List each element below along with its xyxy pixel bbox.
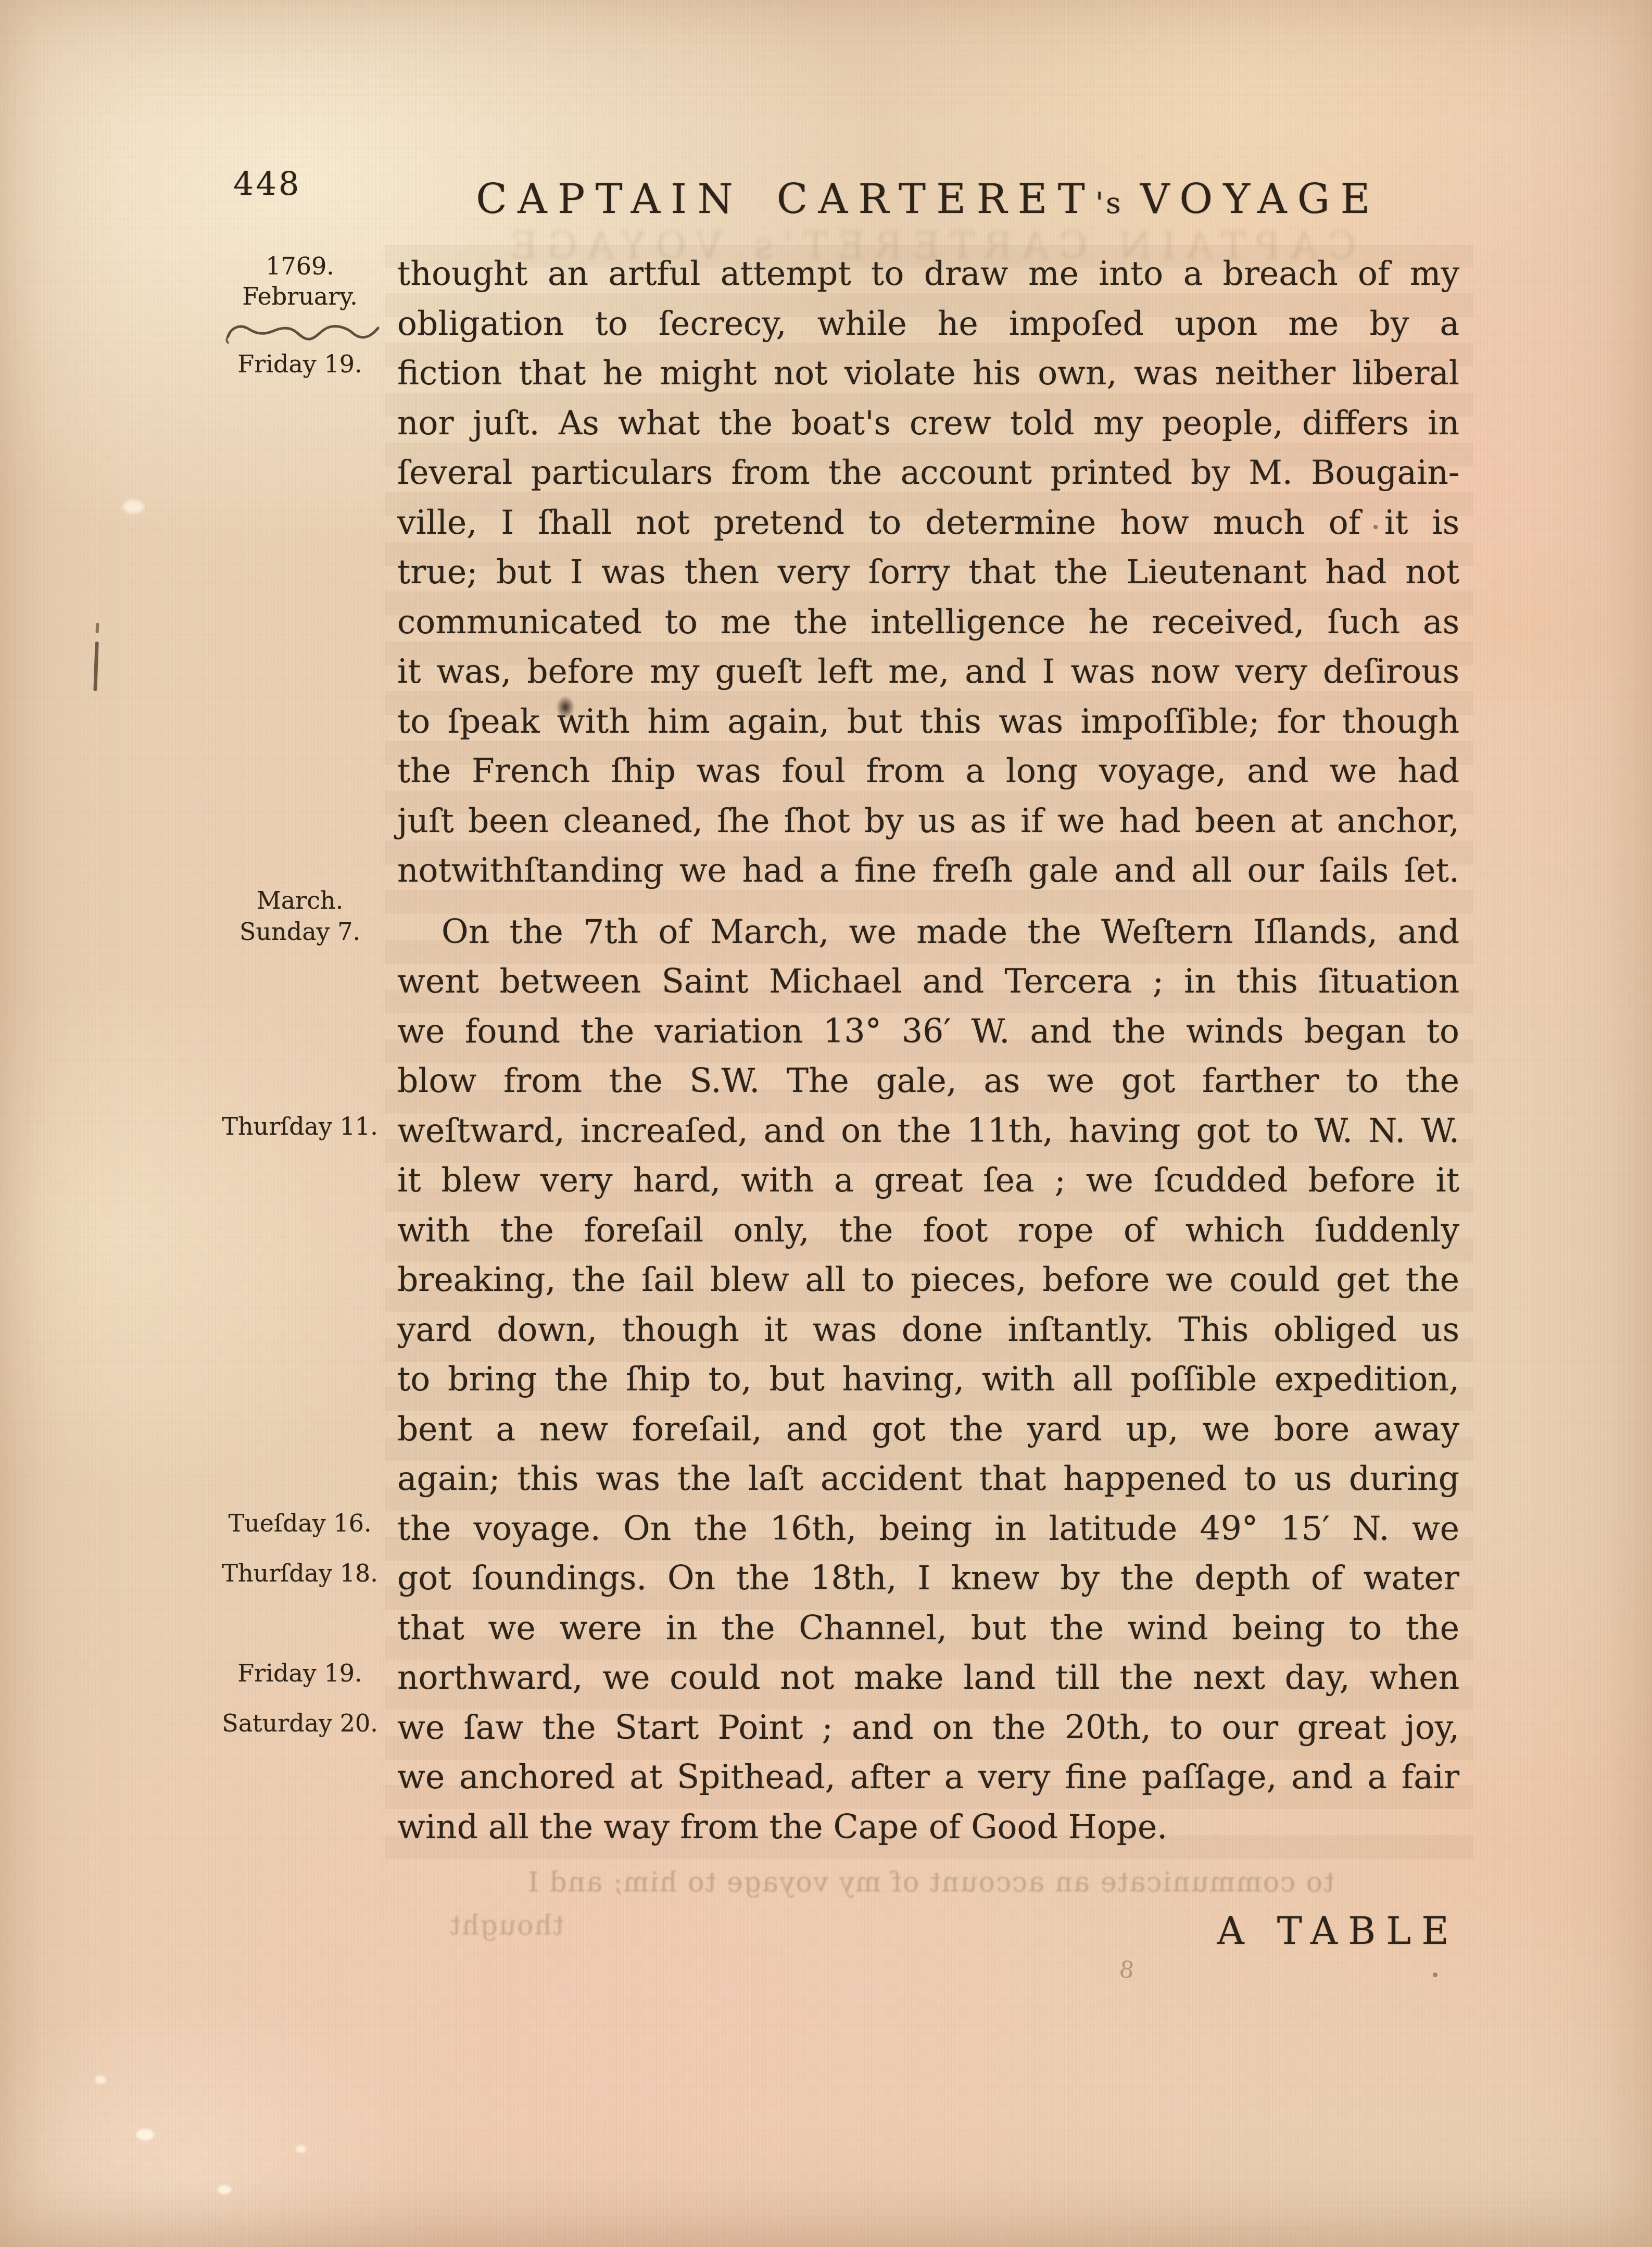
text-line: got ſoundings. On the 18th, I knew by th… — [397, 1553, 1459, 1603]
catchword-row: A TABLE — [397, 1909, 1459, 1953]
light-fleck — [296, 2145, 306, 2153]
text-line: with the foreſail only, the foot rope of… — [397, 1206, 1459, 1256]
margin-note-friday-19-mar: Friday 19. — [204, 1661, 396, 1685]
text-line: we anchored at Spithead, after a very fi… — [397, 1752, 1459, 1802]
light-fleck — [136, 2129, 154, 2140]
margin-note-saturday-20: Saturday 20. — [204, 1711, 396, 1735]
running-title: CAPTAIN CARTERET'sVOYAGE — [397, 176, 1459, 223]
light-fleck — [218, 2185, 231, 2194]
light-fleck — [123, 500, 144, 513]
running-title-voyage: VOYAGE — [1140, 176, 1381, 223]
margin-note-february: February. — [204, 284, 396, 308]
margin-note-year-1769: 1769. — [204, 254, 396, 278]
paragraph-march: On the 7th of March, we made the Weſtern… — [397, 907, 1459, 1852]
margin-note-friday-19-feb: Friday 19. — [204, 352, 396, 376]
text-line: ſeveral particulars from the account pri… — [397, 448, 1459, 498]
text-line: we found the variation 13° 36′ W. and th… — [397, 1007, 1459, 1057]
text-line: it blew very hard, with a great ſea ; we… — [397, 1156, 1459, 1206]
text-line: it was, before my gueſt left me, and I w… — [397, 647, 1459, 697]
margin-ink-stroke — [93, 642, 98, 691]
text-line: notwithſtanding we had a fine freſh gale… — [397, 846, 1459, 896]
text-line: yard down, though it was done inſtantly.… — [397, 1305, 1459, 1355]
text-line: that we were in the Channel, but the win… — [397, 1603, 1459, 1653]
text-line: obligation to ſecrecy, while he impoſed … — [397, 299, 1459, 349]
catchword: A TABLE — [1217, 1909, 1459, 1953]
text-line: we ſaw the Start Point ; and on the 20th… — [397, 1703, 1459, 1753]
text-line: wind all the way from the Cape of Good H… — [397, 1802, 1459, 1852]
press-figure: 8 — [1118, 1956, 1136, 1984]
dark-speck — [1433, 1973, 1437, 1977]
book-page-scan: CAPTAIN CARTERET's VOYAGE 448 CAPTAIN CA… — [0, 0, 1652, 2247]
running-title-main: CAPTAIN CARTERET — [476, 176, 1095, 223]
text-line: went between Saint Michael and Tercera ;… — [397, 957, 1459, 1007]
text-line: fiction that he might not violate his ow… — [397, 348, 1459, 398]
text-line: breaking, the ſail blew all to pieces, b… — [397, 1255, 1459, 1305]
page-number: 448 — [233, 165, 301, 203]
margin-note-march: March. — [204, 888, 396, 912]
text-line: the French ſhip was foul from a long voy… — [397, 746, 1459, 796]
ink-blot — [556, 696, 575, 719]
text-line: bent a new foreſail, and got the yard up… — [397, 1404, 1459, 1454]
text-line: On the 7th of March, we made the Weſtern… — [397, 907, 1459, 957]
paragraph-february: thought an artful attempt to draw me int… — [397, 249, 1459, 896]
text-line: to bring the ſhip to, but having, with a… — [397, 1354, 1459, 1404]
text-line: ville, I ſhall not pretend to determine … — [397, 498, 1459, 548]
margin-note-thursday-18: Thurſday 18. — [204, 1561, 396, 1585]
body-text-block: thought an artful attempt to draw me int… — [397, 249, 1459, 1953]
text-line: northward, we could not make land till t… — [397, 1653, 1459, 1703]
text-line: communicated to me the intelligence he r… — [397, 597, 1459, 647]
margin-note-sunday-7: Sunday 7. — [204, 920, 396, 944]
margin-note-tuesday-16: Tueſday 16. — [204, 1511, 396, 1535]
running-title-possessive: 's — [1095, 186, 1123, 220]
month-flourish-swash — [224, 319, 380, 346]
text-line: juſt been cleaned, ſhe ſhot by us as if … — [397, 796, 1459, 846]
text-line: nor juſt. As what the boat's crew told m… — [397, 398, 1459, 448]
light-fleck — [95, 2076, 106, 2084]
margin-note-thursday-11: Thurſday 11. — [204, 1114, 396, 1138]
text-line: again; this was the laſt accident that h… — [397, 1454, 1459, 1504]
text-line: true; but I was then very ſorry that the… — [397, 547, 1459, 597]
text-line: blow from the S.W. The gale, as we got f… — [397, 1056, 1459, 1106]
text-line: the voyage. On the 16th, being in latitu… — [397, 1504, 1459, 1554]
text-line: thought an artful attempt to draw me int… — [397, 249, 1459, 299]
margin-ink-nick — [95, 623, 99, 633]
text-line: weſtward, increaſed, and on the 11th, ha… — [397, 1106, 1459, 1156]
